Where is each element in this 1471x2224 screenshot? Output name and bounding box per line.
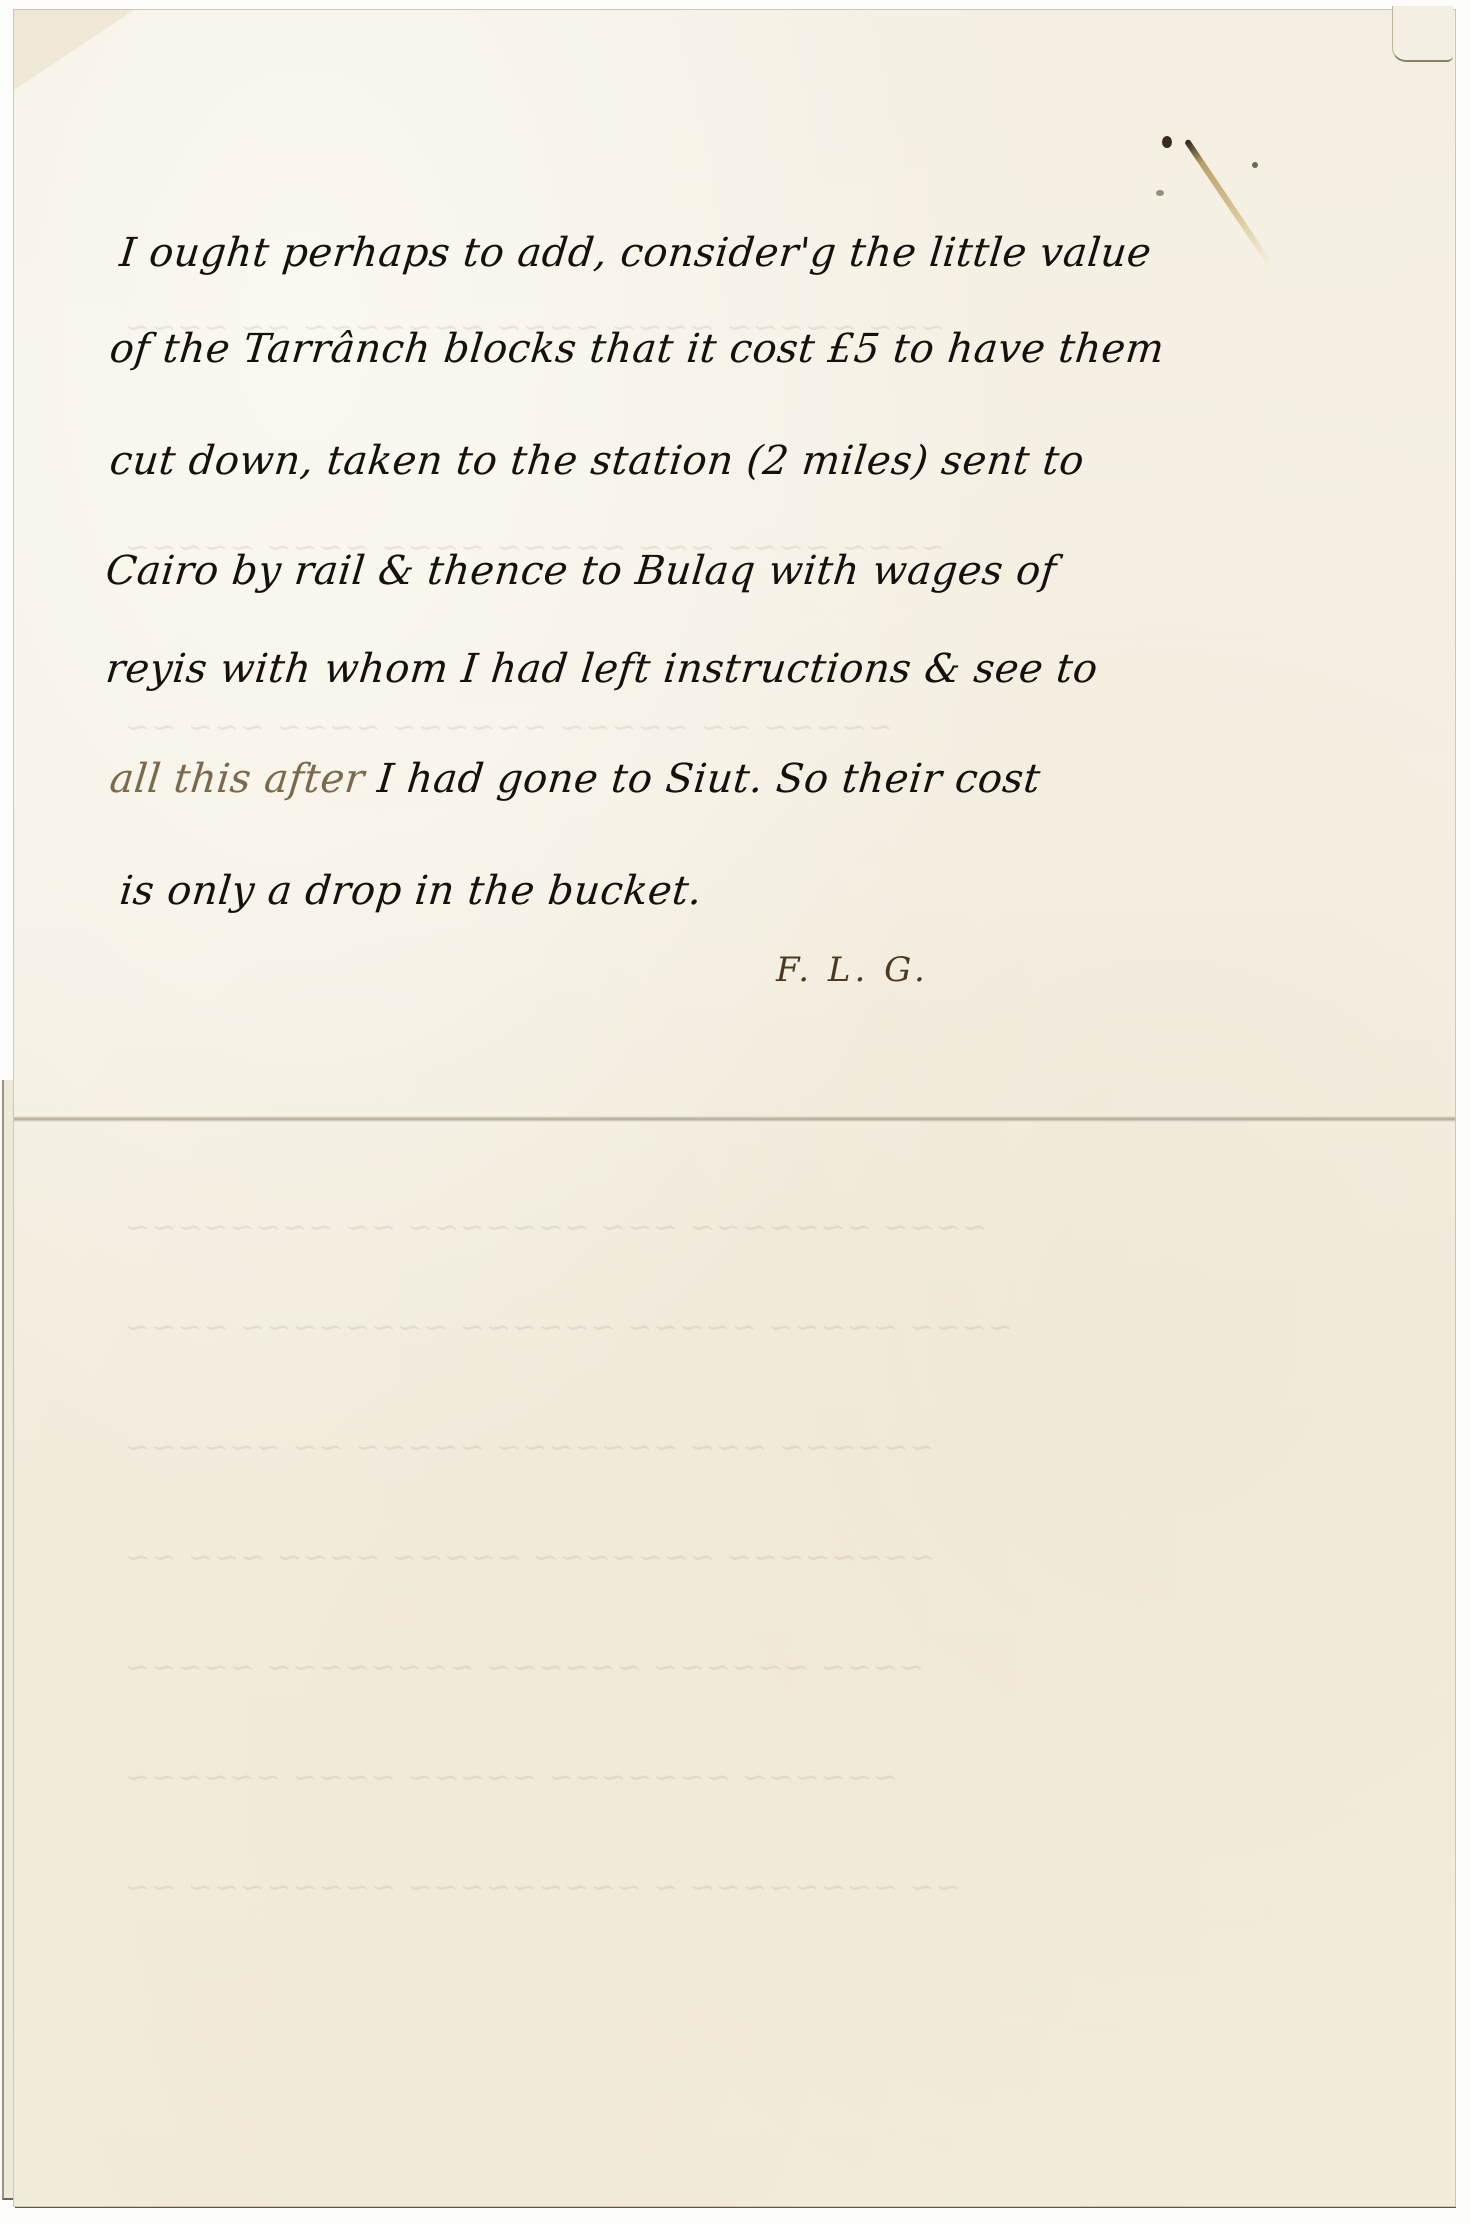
handwritten-line-3: cut down, taken to the station (2 miles)… [108, 438, 1087, 484]
bleed-through-texture: ~~~~~ ~~ ~~~~~ ~~~~~~ ~~~~ ~~~ ~~ [124, 710, 893, 745]
signature-initials: F. L. G. [776, 950, 929, 990]
bleed-through-texture: ~~~~ ~~~~~~ ~~~~~~ ~~~~~~~~ ~~~~~ [124, 1650, 924, 1685]
handwritten-line-1: I ought perhaps to add, consider'g the l… [118, 230, 1154, 276]
handwritten-line-6: all this after I had gone to Siut. So th… [108, 756, 1043, 802]
bleed-through-texture: ~~~~ ~~~~~ ~~~~~ ~~~~~~ ~~~~~~~~ ~~~~ [124, 1310, 1013, 1345]
handwritten-line-2: of the Tarrânch blocks that it cost £5 t… [108, 326, 1167, 372]
top-left-corner-fold [14, 10, 134, 90]
bleed-through-texture: ~~~~~~~~ ~~~~~~~ ~~~~~ ~~~~ ~~~ ~~ [124, 1540, 935, 1575]
handwritten-line-7: is only a drop in the bucket. [118, 868, 705, 914]
top-right-corner-tear [1392, 6, 1453, 62]
bleed-through-texture: ~~~~ ~~~~~~~ ~~~ ~~~~~~~ ~~ ~~~~~~~~ [124, 1210, 987, 1245]
ink-spot [1162, 136, 1172, 148]
horizontal-fold-crease [14, 1116, 1455, 1122]
scanned-page: ~~~ ~~~~~ ~~~~ ~~~~ ~~~~~~~ ~~ ~~~~ ~~~~… [0, 0, 1471, 2224]
handwritten-line-4: Cairo by rail & thence to Bulaq with wag… [104, 548, 1059, 594]
ink-spot [1156, 190, 1164, 196]
letter-paper: ~~~ ~~~~~ ~~~~ ~~~~ ~~~~~~~ ~~ ~~~~ ~~~~… [14, 10, 1455, 2206]
bleed-through-texture: ~~~~~~ ~~~ ~~~~~~~ ~~~~~ ~~ ~~~~~~ [124, 1430, 935, 1465]
handwritten-line-5: reyis with whom I had left instructions … [104, 646, 1101, 692]
ink-spot [1252, 162, 1258, 168]
ink-stain-streak [1184, 139, 1273, 267]
line-6-continuation: I had gone to Siut. So their cost [375, 756, 1042, 802]
faded-ink-text: all this after [108, 756, 367, 802]
bleed-through-texture: ~~ ~~~~~~~~ ~ ~~~~~~~~~ ~~~~~~~~ ~~ [124, 1870, 961, 1905]
bleed-through-texture: ~~~~~~ ~~~~~~~ ~~~~~ ~~~~ ~~~~~~ [124, 1760, 898, 1795]
